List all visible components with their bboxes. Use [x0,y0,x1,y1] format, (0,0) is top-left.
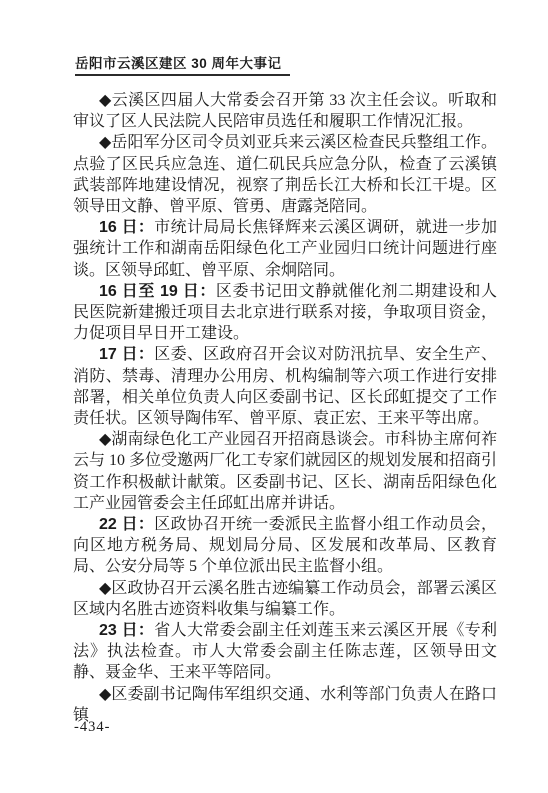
bullet-entry-paragraph: ◆湖南绿色化工产业园召开招商恳谈会。市科协主席何祚云与 10 多位受邀两厂化工专… [73,429,497,514]
diamond-bullet-icon: ◆ [99,431,111,448]
bullet-entry-paragraph: ◆区委副书记陶伟军组织交通、水利等部门负责人在路口镇 [73,684,497,726]
bullet-entry-paragraph: ◆云溪区四届人大常委会召开第 33 次主任会议。听取和审议了区人民法院人民陪审员… [73,90,497,132]
bullet-entry-paragraph: ◆区政协召开云溪名胜古迹编纂工作动员会，部署云溪区区域内名胜古迹资料收集与编纂工… [73,578,497,620]
date-label: 22 日： [99,516,154,533]
diamond-bullet-icon: ◆ [99,686,111,703]
bullet-entry-paragraph: ◆岳阳军分区司令员刘亚兵来云溪区检查民兵整组工作。点验了区民兵应急连、道仁矶民兵… [73,132,497,217]
running-header-title: 岳阳市云溪区建区 30 周年大事记 [75,52,282,72]
date-label: 16 日至 19 日： [99,283,216,300]
date-label: 17 日： [99,346,154,363]
dated-entry-paragraph: 23 日：省人大常委会副主任刘莲玉来云溪区开展《专利法》执法检查。市人大常委会副… [73,620,497,684]
dated-entry-paragraph: 16 日至 19 日：区委书记田文静就催化剂二期建设和人民医院新建搬迁项目去北京… [73,281,497,345]
header-rule [75,74,290,76]
book-page: 岳阳市云溪区建区 30 周年大事记 ◆云溪区四届人大常委会召开第 33 次主任会… [0,0,548,793]
body-text: ◆云溪区四届人大常委会召开第 33 次主任会议。听取和审议了区人民法院人民陪审员… [73,90,497,726]
date-label: 23 日： [99,622,154,639]
dated-entry-paragraph: 16 日：市统计局局长焦铎辉来云溪区调研，就进一步加强统计工作和湖南岳阳绿色化工… [73,217,497,281]
date-label: 16 日： [99,219,154,236]
diamond-bullet-icon: ◆ [99,580,111,597]
diamond-bullet-icon: ◆ [99,134,111,151]
dated-entry-paragraph: 17 日：区委、区政府召开会议对防汛抗旱、安全生产、消防、禁毒、清理办公用房、机… [73,344,497,429]
page-number-label: -434- [74,719,110,736]
dated-entry-paragraph: 22 日：区政协召开统一委派民主监督小组工作动员会，向区地方税务局、规划局分局、… [73,514,497,578]
diamond-bullet-icon: ◆ [99,92,112,109]
